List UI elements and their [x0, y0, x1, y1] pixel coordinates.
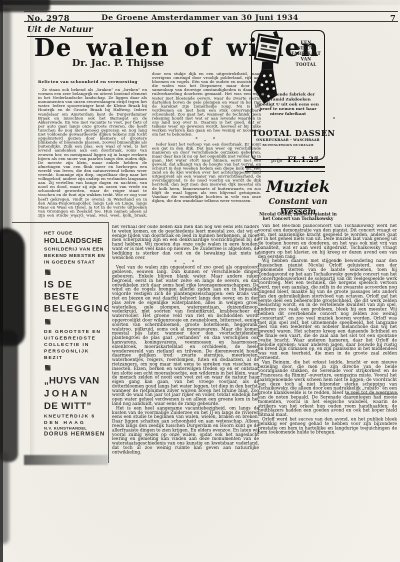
article-byline: Dr. Jac. P. Thijsse: [38, 58, 198, 69]
tootal-product-name: TOOTAL DASSEN: [252, 128, 324, 138]
article-column-2: door een stukje dijk en een uitgestrekth…: [152, 72, 261, 218]
hermsen-claim-2: BELEGGING: [44, 303, 108, 315]
double-rule-divider: [245, 166, 325, 172]
tootal-price: prijs FL.1.25: [271, 147, 319, 166]
music-rule: [283, 208, 311, 209]
music-paragraph-1: Van het Bes-moll pianoconcert van Tschai…: [258, 224, 397, 259]
hermsen-line-2: HOLLANDSCHE: [44, 237, 108, 247]
tootal-tagline: EEN NIEUW FABRIKAAT VAN TOOTAL: [291, 40, 321, 76]
scan-artifact-left-upper: [1, 8, 11, 233]
square-bullet-icon: [45, 365, 51, 371]
price-value: FL.1.25: [288, 155, 319, 164]
scan-artifact-left-low: [0, 452, 9, 544]
hermsen-name-1: „HUYS VAN: [44, 375, 108, 388]
tootal-feature-wrap: ONKREUKBAAR - WASCHBAAR: [254, 138, 322, 143]
column2-paragraph-2: Ieder kent het verloop van een doorbraak…: [152, 142, 261, 203]
hermsen-line-3: SCHILDERIJ VAN EEN BEKEND MEESTER EN IN …: [44, 246, 108, 266]
hermsen-name-3: DE WITT”: [44, 400, 108, 413]
hermsen-line-4: DE GROOTSTE EN UITGEBREIDSTE COLLECTIE I…: [44, 329, 108, 362]
music-paragraph-2: Wij hebben daarom met stijgende bewonder…: [258, 259, 397, 360]
column3-paragraph-1: Veel van de walen zijn ongestoord of zoo…: [112, 266, 259, 407]
scan-artifact-top-strip: [0, 0, 400, 5]
tootal-feature-1: ONKREUKBAAR - WASCHBAAR: [254, 138, 322, 142]
article-kicker-wrap: Relicten van schoonheid en verwoesting: [38, 79, 147, 86]
article-column-3: het verhaal der oude lieden kan men dan …: [112, 225, 259, 466]
music-subhead-line-2: het Concert van Tschaikowsky: [253, 217, 343, 222]
hermsen-firm-2: DORUS HERMSEN: [44, 431, 108, 438]
article-kicker: Relicten van schoonheid en verwoesting: [38, 79, 147, 84]
hermsen-claim-1: IS DE BESTE: [44, 279, 108, 303]
music-paragraph-3: Van Beinum, die het orkest leidde, brach…: [258, 360, 397, 417]
masthead-rule-bottom: [24, 21, 398, 22]
music-section-title: Muziek: [250, 177, 346, 196]
tootal-advertisement: EEN NIEUW FABRIKAAT VAN TOOTAL De bekend…: [251, 30, 325, 160]
column2-paragraph-1: door een stukje dijk en een uitgestrekth…: [152, 72, 261, 137]
newspaper-page: No. 2978 De Groene Amsterdammer van 30 J…: [0, 0, 400, 562]
music-review-column: Van het Bes-moll pianoconcert van Tschai…: [258, 224, 397, 467]
column3-continuation: het verhaal der oude lieden kan men dan …: [112, 225, 259, 260]
tootal-body-wrap: De bekende fabriek der Pyramid Zakdoeken…: [256, 92, 320, 119]
music-paragraph-4: Orloff werd het succes van den avond, en…: [258, 418, 397, 436]
article-column-1: Ze staan ook bekend als „braken” en „bre…: [38, 88, 147, 218]
square-bullet-icon: [45, 319, 51, 325]
column1-paragraph: Ze staan ook bekend als „braken” en „bre…: [38, 88, 147, 218]
music-subhead-wrap: Nicolai Orloff, meester-pianist in het C…: [253, 212, 343, 222]
column3-paragraph-2: Het is een heel aangename vacantiebezigh…: [112, 406, 259, 454]
price-label: prijs: [271, 158, 282, 164]
hermsen-advertisement: HET OUDE HOLLANDSCHE SCHILDERIJ VAN EEN …: [44, 230, 108, 458]
scan-artifact-dot: [333, 117, 335, 119]
tagline-line: EEN NIEUW: [291, 40, 321, 51]
tagline-line: TOOTAL: [291, 62, 321, 68]
tootal-body-text: De bekende fabriek der Pyramid Zakdoeken…: [256, 92, 320, 116]
square-bullet-icon: [45, 270, 51, 276]
hermsen-name-2: JOHAN: [44, 388, 108, 401]
scan-artifact-left-line: [0, 0, 3, 562]
